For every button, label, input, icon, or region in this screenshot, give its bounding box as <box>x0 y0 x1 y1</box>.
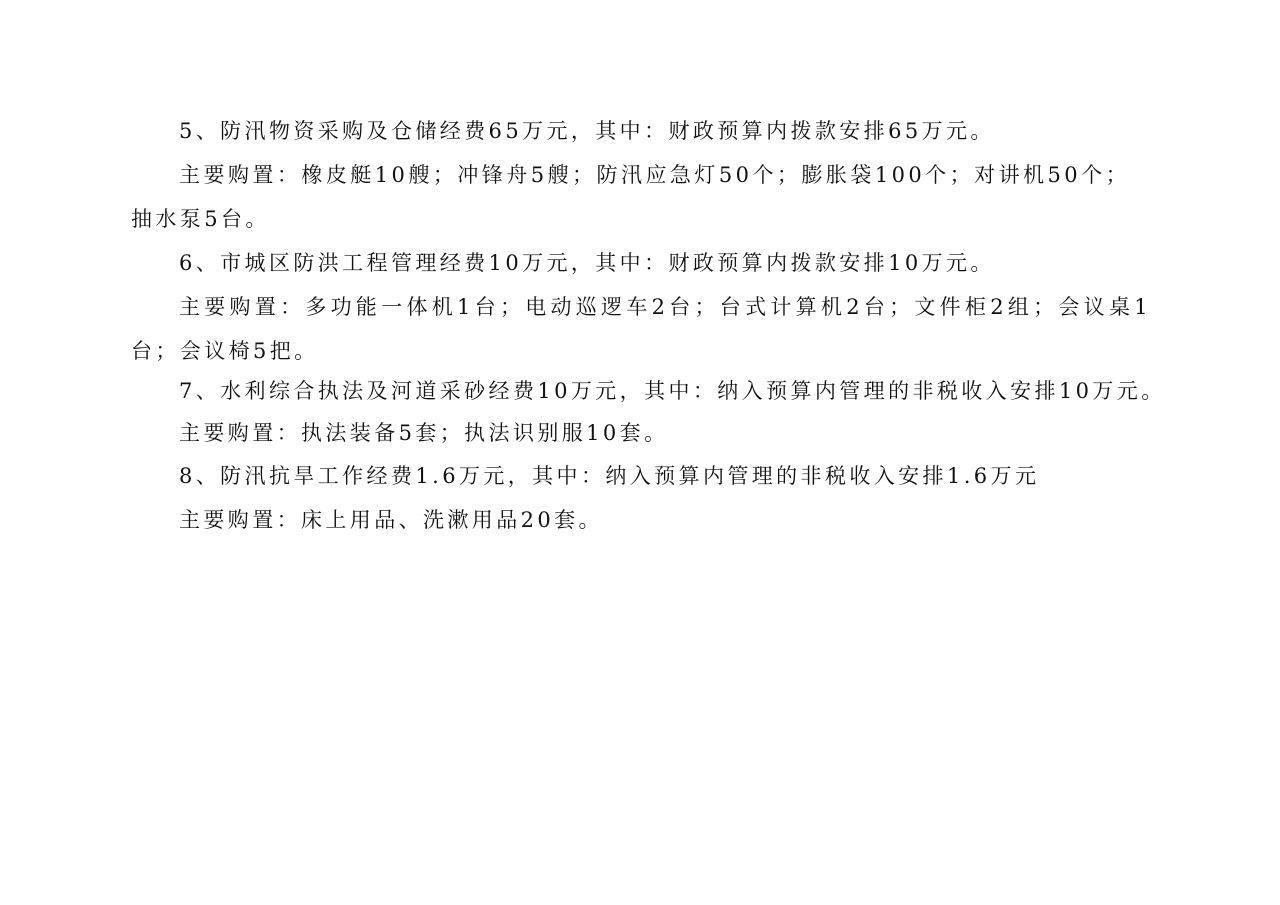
item-6-heading: 6、市城区防洪工程管理经费10万元，其中：财政预算内拨款安排10万元。 <box>179 248 995 278</box>
item-6-purchase-continuation: 台；会议椅5把。 <box>131 336 319 366</box>
item-7-purchase-line: 主要购置：执法装备5套；执法识别服10套。 <box>179 418 668 448</box>
item-8-heading: 8、防汛抗旱工作经费1.6万元，其中：纳入预算内管理的非税收入安排1.6万元 <box>179 461 1039 491</box>
document-page: 5、防汛物资采购及仓储经费65万元，其中：财政预算内拨款安排65万元。 主要购置… <box>0 0 1280 905</box>
item-6-purchase-line: 主要购置：多功能一体机1台；电动巡逻车2台；台式计算机2台；文件柜2组；会议桌1 <box>179 292 1151 322</box>
item-8-purchase-line: 主要购置：床上用品、洗漱用品20套。 <box>179 505 603 535</box>
item-7-heading: 7、水利综合执法及河道采砂经费10万元，其中：纳入预算内管理的非税收入安排10万… <box>179 376 1166 406</box>
item-5-purchase-line: 主要购置：橡皮艇10艘；冲锋舟5艘；防汛应急灯50个；膨胀袋100个；对讲机50… <box>179 160 1130 190</box>
item-5-heading: 5、防汛物资采购及仓储经费65万元，其中：财政预算内拨款安排65万元。 <box>179 116 995 146</box>
item-5-purchase-continuation: 抽水泵5台。 <box>131 204 270 234</box>
